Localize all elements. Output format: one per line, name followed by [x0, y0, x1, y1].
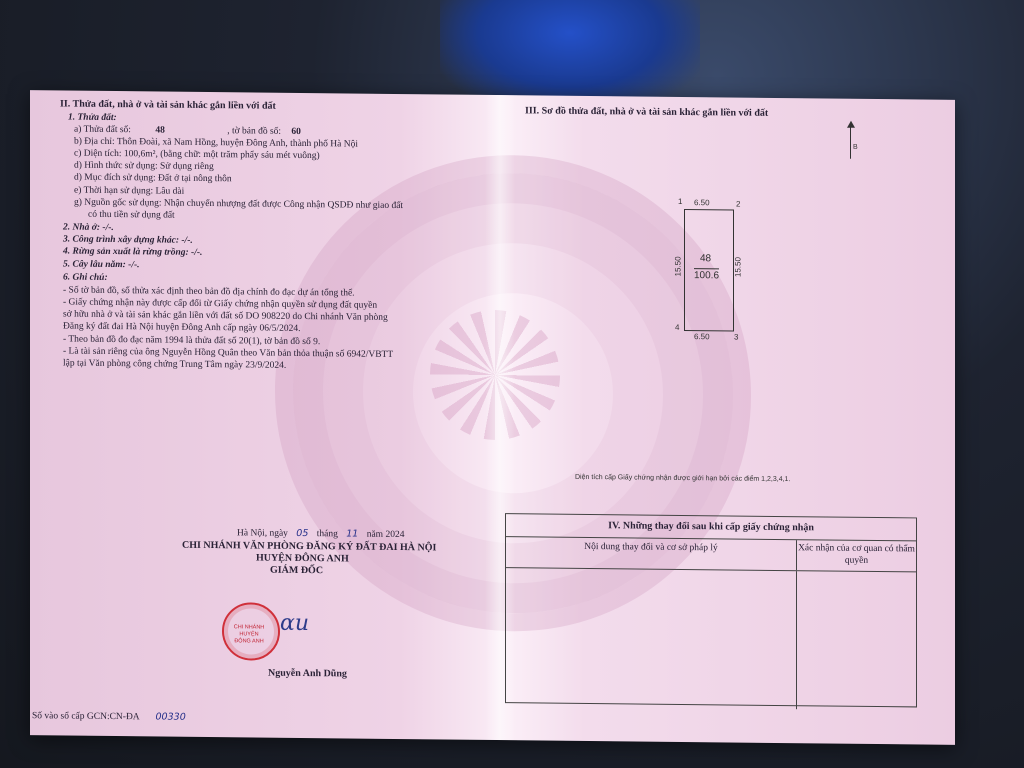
map-sheet-label: , tờ bản đồ số:: [227, 126, 281, 137]
serial-label: Số vào sổ cấp GCN:CN-ĐA: [32, 711, 139, 722]
right-edge-length: 15.50: [734, 257, 743, 277]
changes-authority-cell: [797, 571, 916, 706]
parcel-number: 48: [155, 125, 165, 135]
corner-1: 1: [678, 197, 682, 206]
forest-item: 4. Rừng sản xuất là rừng trồng: -/-.: [63, 246, 202, 259]
issuer-line-3: GIÁM ĐỐC: [270, 565, 323, 578]
section-ii-title: II. Thửa đất, nhà ở và tài sản khác gắn …: [60, 98, 276, 112]
parcel-area-label: 100.6: [694, 268, 719, 281]
date-day: 05: [296, 528, 308, 539]
issuer-line-2: HUYỆN ĐÔNG ANH: [256, 553, 349, 566]
changes-table: IV. Những thay đổi sau khi cấp giấy chứn…: [505, 513, 917, 707]
date-month: 11: [346, 528, 358, 539]
top-edge-length: 6.50: [694, 198, 710, 207]
serial-row: Số vào sổ cấp GCN:CN-ĐA 00330: [32, 710, 186, 724]
perennial-tree-item: 5. Cây lâu năm: -/-.: [63, 259, 140, 272]
usage-purpose: d) Mục đích sử dụng: Đất ở tại nông thôn: [74, 172, 232, 186]
corner-3: 3: [734, 333, 738, 342]
stamp-text: CHI NHÁNH HUYỆN ĐÔNG ANH: [233, 624, 265, 645]
parcel-label: a) Thửa đất số:: [74, 125, 131, 136]
note-line: lập tại Văn phòng công chứng Trung Tâm n…: [63, 358, 286, 372]
land-use-certificate: II. Thửa đất, nhà ở và tài sản khác gắn …: [30, 90, 955, 745]
changes-col-authority: Xác nhận của cơ quan có thẩm quyền: [797, 540, 916, 571]
note-line: Đăng ký đất đai Hà Nội huyện Đông Anh cấ…: [63, 321, 300, 335]
land-heading: 1. Thửa đất:: [68, 112, 117, 125]
signer-name: Nguyễn Anh Dũng: [268, 668, 347, 681]
serial-number: 00330: [156, 711, 186, 722]
parcel-number-label: 48: [700, 253, 711, 264]
corner-2: 2: [736, 200, 740, 209]
changes-content-cell: [506, 568, 797, 709]
north-arrow-icon: [847, 121, 855, 128]
issue-date: Hà Nội, ngày 05 tháng 11 năm 2024: [237, 527, 404, 541]
changes-col-content: Nội dung thay đổi và cơ sở pháp lý: [506, 537, 797, 570]
date-year: năm 2024: [367, 530, 405, 540]
signature: ɑu: [280, 611, 350, 642]
north-label: B: [853, 144, 858, 151]
left-edge-length: 15.50: [674, 256, 683, 276]
section-iii-title: III. Sơ đồ thửa đất, nhà ở và tài sản kh…: [525, 105, 768, 120]
background-object: [440, 0, 700, 110]
notes-heading: 6. Ghi chú:: [63, 272, 108, 284]
date-prefix: Hà Nội, ngày: [237, 528, 288, 539]
bottom-edge-length: 6.50: [694, 332, 710, 341]
house-item: 2. Nhà ở: -/-.: [63, 222, 114, 235]
date-month-label: tháng: [317, 529, 338, 539]
corner-4: 4: [675, 323, 679, 332]
map-sheet-number: 60: [291, 127, 301, 137]
usage-origin-cont: có thu tiền sử dụng đất: [88, 209, 175, 222]
north-arrow-line: [850, 124, 851, 159]
